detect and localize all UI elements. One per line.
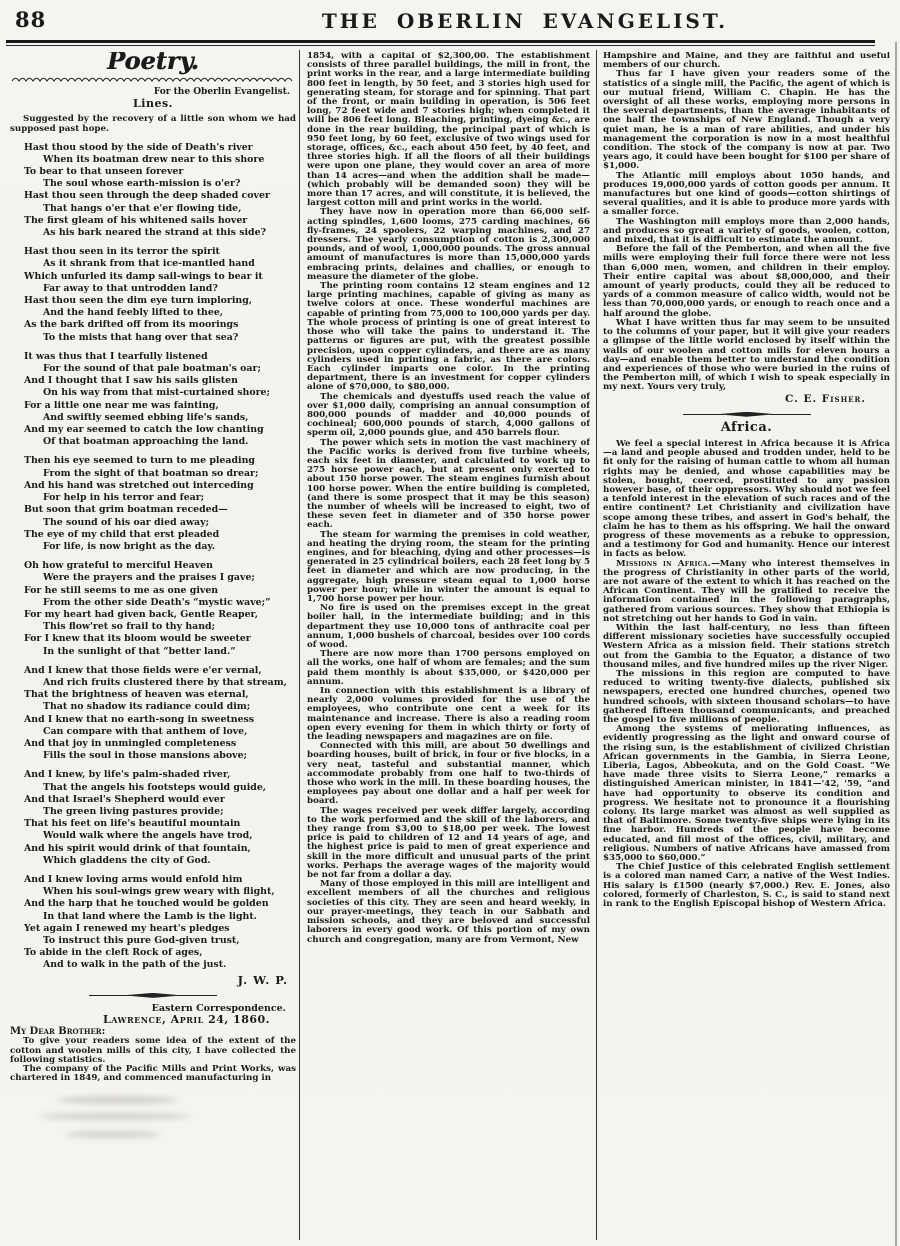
salutation: My Dear Brother: bbox=[10, 1027, 296, 1036]
paragraph: We feel a special interest in Africa bec… bbox=[603, 440, 890, 560]
poem-line: Oh how grateful to merciful Heaven bbox=[24, 560, 296, 572]
poem-line: To instruct this pure God-given trust, bbox=[43, 935, 296, 947]
poem-line: And rich fruits clustered there by that … bbox=[43, 677, 296, 689]
poem-line: In that land where the Lamb is the light… bbox=[43, 911, 296, 923]
poem-line: To bear to that unseen forever bbox=[24, 166, 296, 178]
middle-column-paragraphs: 1854, with a capital of $2,300,00. The e… bbox=[307, 52, 590, 945]
poem-line: And I thought that I saw his sails glist… bbox=[24, 375, 296, 387]
newspaper-page: 88 THE OBERLIN EVANGELIST. Poetry. For t… bbox=[0, 0, 900, 1246]
poetry-section-heading: Poetry. bbox=[10, 56, 296, 65]
masthead-rule bbox=[6, 40, 875, 46]
poem-line: For my heart had given back, Gentle Reap… bbox=[24, 609, 296, 621]
poem-line: For I knew that its bloom would be sweet… bbox=[24, 633, 296, 645]
scan-edge-line bbox=[895, 42, 897, 1246]
paragraph-text: The printing room contains 12 steam engi… bbox=[307, 281, 590, 392]
poem-line: Would walk where the angels have trod, bbox=[43, 830, 296, 842]
africa-heading: Africa. bbox=[603, 423, 890, 432]
poem-line: And I knew that those fields were e'er v… bbox=[24, 665, 296, 677]
wavy-rule bbox=[11, 74, 295, 84]
poem-line: That his feet on life's beautiful mounta… bbox=[24, 818, 296, 830]
paragraph: Hampshire and Maine, and they are faithf… bbox=[603, 52, 890, 70]
paragraph: They have now in operation more than 66,… bbox=[307, 208, 590, 282]
poem-line: The eye of my child that erst pleaded bbox=[24, 529, 296, 541]
paragraph-text: Many of those employed in this mill are … bbox=[307, 879, 590, 944]
section-divider bbox=[683, 412, 811, 417]
masthead-title: THE OBERLIN EVANGELIST. bbox=[0, 9, 900, 33]
poem-line: For he still seems to me as one given bbox=[24, 585, 296, 597]
poem-body: Hast thou stood by the side of Death's r… bbox=[10, 142, 296, 972]
poem-line: When its boatman drew near to this shore bbox=[43, 154, 296, 166]
paragraph: The chemicals and dyestuffs used reach t… bbox=[307, 393, 590, 439]
paragraph-text: —Many who interest themselves in the pro… bbox=[603, 559, 890, 624]
poem-line: As the bark drifted off from its mooring… bbox=[24, 319, 296, 331]
paragraph: The company of the Pacific Mills and Pri… bbox=[10, 1065, 296, 1083]
poem-line: The first gleam of his whitened sails ho… bbox=[24, 215, 296, 227]
poem-line: That the angels his footsteps would guid… bbox=[43, 782, 296, 794]
poem-line: And I knew loving arms would enfold him bbox=[24, 874, 296, 886]
poem-line: Hast thou seen in its terror the spirit bbox=[24, 246, 296, 258]
poem-line: And that Israel's Shepherd would ever bbox=[24, 794, 296, 806]
poem-line: The soul whose earth-mission is o'er? bbox=[43, 178, 296, 190]
poem-line: Were the prayers and the praises I gave; bbox=[43, 572, 296, 584]
poem-signature: J. W. P. bbox=[10, 976, 296, 985]
poem-line: Yet again I renewed my heart's pledges bbox=[24, 923, 296, 935]
poem-line: To the mists that hang over that sea? bbox=[43, 332, 296, 344]
poem-line: The green living pastures provide; bbox=[43, 806, 296, 818]
section-divider bbox=[89, 993, 217, 998]
paragraph-text: The power which sets in motion the vast … bbox=[307, 438, 590, 531]
paragraph: The Chief Justice of this celebrated Eng… bbox=[603, 863, 890, 909]
poem-line: Then his eye seemed to turn to me pleadi… bbox=[24, 455, 296, 467]
poem-title: Lines. bbox=[10, 99, 296, 108]
poem-line: Hast thou seen through the deep shaded c… bbox=[24, 190, 296, 202]
paragraph: The Atlantic mill employs about 1050 han… bbox=[603, 172, 890, 218]
paragraph-text: The chemicals and dyestuffs used reach t… bbox=[307, 392, 590, 439]
africa-paragraphs: We feel a special interest in Africa bec… bbox=[603, 440, 890, 909]
poem-line: But soon that grim boatman receded— bbox=[24, 504, 296, 516]
right-column-paragraphs: Hampshire and Maine, and they are faithf… bbox=[603, 52, 890, 393]
poem-line: From the other side Death's “mystic wave… bbox=[43, 597, 296, 609]
poem-line: Fills the soul in those mansions above; bbox=[43, 750, 296, 762]
paragraph: The Washington mill employs more than 2,… bbox=[603, 218, 890, 246]
poem-line: When his soul-wings grew weary with flig… bbox=[43, 886, 296, 898]
poem-line: That hangs o'er that e'er flowing tide, bbox=[43, 203, 296, 215]
left-column: Poetry. For the Oberlin Evangelist. Line… bbox=[10, 52, 296, 1242]
poem-line: That the brightness of heaven was eterna… bbox=[24, 689, 296, 701]
poem-line: And the harp that he touched would be go… bbox=[24, 898, 296, 910]
paragraph-text: We feel a special interest in Africa bec… bbox=[603, 439, 890, 559]
poem-attribution: For the Oberlin Evangelist. bbox=[10, 88, 296, 97]
middle-column: 1854, with a capital of $2,300,00. The e… bbox=[307, 52, 590, 1242]
paragraph-text: The Chief Justice of this celebrated Eng… bbox=[603, 862, 890, 909]
paragraph: Missions in Africa.—Many who interest th… bbox=[603, 560, 890, 624]
poem-line: For help in his terror and fear; bbox=[43, 492, 296, 504]
paragraph: To give your readers some idea of the ex… bbox=[10, 1037, 296, 1065]
paragraph: Connected with this mill, are about 50 d… bbox=[307, 742, 590, 806]
paragraph-text: Before the fall of the Pemberton, and wh… bbox=[603, 244, 890, 318]
paragraph-text: The missions in this region are computed… bbox=[603, 669, 890, 725]
correspondence-heading: Eastern Correspondence. bbox=[10, 1004, 296, 1013]
scan-smudge bbox=[58, 1096, 178, 1104]
column-divider-left bbox=[299, 50, 300, 1240]
paragraph: The power which sets in motion the vast … bbox=[307, 439, 590, 531]
poem-epigraph: Suggested by the recovery of a little so… bbox=[10, 114, 296, 135]
paragraph: The printing room contains 12 steam engi… bbox=[307, 282, 590, 392]
paragraph: The missions in this region are computed… bbox=[603, 670, 890, 725]
poem-line: Of that boatman approaching the land. bbox=[43, 436, 296, 448]
poem-line: And my ear seemed to catch the low chant… bbox=[24, 424, 296, 436]
paragraph: What I have written thus far may seem to… bbox=[603, 319, 890, 393]
poem-line: For the sound of that pale boatman's oar… bbox=[43, 363, 296, 375]
paragraph-text: The Washington mill employs more than 2,… bbox=[603, 217, 890, 245]
paragraph: In connection with this establishment is… bbox=[307, 687, 590, 742]
paragraph-text: 1854, with a capital of $2,300,00. The e… bbox=[307, 52, 590, 208]
poem-line: For a little one near me was fainting, bbox=[24, 400, 296, 412]
paragraph-text: Within the last half-century, no less th… bbox=[603, 623, 890, 670]
poem-line: Hast thou seen the dim eye turn implorin… bbox=[24, 295, 296, 307]
paragraph-text: What I have written thus far may seem to… bbox=[603, 318, 890, 392]
poem-line: Hast thou stood by the side of Death's r… bbox=[24, 142, 296, 154]
poem-line: Which unfurled its damp sail-wings to be… bbox=[24, 271, 296, 283]
dateline: Lawrence, April 24, 1860. bbox=[10, 1015, 296, 1024]
poem-line: To abide in the cleft Rock of ages, bbox=[24, 947, 296, 959]
paragraph-text: The wages received per week differ large… bbox=[307, 806, 590, 880]
paragraph: Many of those employed in this mill are … bbox=[307, 880, 590, 944]
correspondence-paragraphs: To give your readers some idea of the ex… bbox=[10, 1037, 296, 1083]
paragraph: Thus far I have given your readers some … bbox=[603, 70, 890, 171]
paragraph-text: No fire is used on the premises except i… bbox=[307, 603, 590, 650]
paragraph-text: The company of the Pacific Mills and Pri… bbox=[10, 1064, 296, 1083]
poem-line: And I knew that no earth-song in sweetne… bbox=[24, 714, 296, 726]
scan-smudge bbox=[40, 1113, 190, 1120]
right-column: Hampshire and Maine, and they are faithf… bbox=[603, 52, 890, 1242]
paragraph-text: Thus far I have given your readers some … bbox=[603, 69, 890, 171]
paragraph-text: Hampshire and Maine, and they are faithf… bbox=[603, 52, 890, 70]
paragraph-text: There are now more than 1700 persons emp… bbox=[307, 649, 590, 687]
paragraph: There are now more than 1700 persons emp… bbox=[307, 650, 590, 687]
scan-smudge bbox=[66, 1131, 161, 1138]
poem-line: And his hand was stretched out intercedi… bbox=[24, 480, 296, 492]
poem-line: That no shadow its radiance could dim; bbox=[43, 701, 296, 713]
paragraph-text: The Atlantic mill employs about 1050 han… bbox=[603, 171, 890, 218]
poem-line: On his way from that mist-curtained shor… bbox=[43, 387, 296, 399]
paragraph-text: They have now in operation more than 66,… bbox=[307, 207, 590, 281]
poem-line: And I knew, by life's palm-shaded river, bbox=[24, 769, 296, 781]
paragraph: The steam for warming the premises in co… bbox=[307, 531, 590, 605]
paragraph: Among the systems of meliorating influen… bbox=[603, 725, 890, 863]
poem-line: Far away to that untrodden land? bbox=[43, 283, 296, 295]
poem-line: For life, is now bright as the day. bbox=[43, 541, 296, 553]
poem-line: From the sight of that boatman so drear; bbox=[43, 468, 296, 480]
diamond-ornament bbox=[124, 993, 182, 998]
poem-line: In the sunlight of that “better land.” bbox=[43, 646, 296, 658]
paragraph: Before the fall of the Pemberton, and wh… bbox=[603, 245, 890, 319]
paragraph-text: Connected with this mill, are about 50 d… bbox=[307, 741, 590, 806]
poem-line: And swiftly seemed ebbing life's sands, bbox=[43, 412, 296, 424]
paragraph: Within the last half-century, no less th… bbox=[603, 624, 890, 670]
poem-line: The sound of his oar died away; bbox=[43, 517, 296, 529]
poem-line: As his bark neared the strand at this si… bbox=[43, 227, 296, 239]
poem-line: And the hand feebly lifted to thee, bbox=[43, 307, 296, 319]
poem-line: Can compare with that anthem of love, bbox=[43, 726, 296, 738]
paragraph-text: The steam for warming the premises in co… bbox=[307, 530, 590, 604]
poem-line: As it shrank from that ice-mantled hand bbox=[43, 258, 296, 270]
paragraph: No fire is used on the premises except i… bbox=[307, 604, 590, 650]
diamond-ornament bbox=[718, 412, 776, 417]
paragraph-text: In connection with this establishment is… bbox=[307, 686, 590, 742]
poem-line: And to walk in the path of the just. bbox=[43, 959, 296, 971]
paragraph-text: Among the systems of meliorating influen… bbox=[603, 724, 890, 863]
column-divider-right bbox=[596, 50, 597, 1240]
paragraph: The wages received per week differ large… bbox=[307, 807, 590, 881]
poem-line: And his spirit would drink of that fount… bbox=[24, 843, 296, 855]
poem-line: Which gladdens the city of God. bbox=[43, 855, 296, 867]
poem-line: This flow'ret so frail to thy hand; bbox=[43, 621, 296, 633]
paragraph-text: To give your readers some idea of the ex… bbox=[10, 1036, 296, 1064]
poem-line: And that joy in unmingled completeness bbox=[24, 738, 296, 750]
poem-line: It was thus that I tearfully listened bbox=[24, 351, 296, 363]
paragraph: 1854, with a capital of $2,300,00. The e… bbox=[307, 52, 590, 208]
letter-signature: C. E. Fisher. bbox=[603, 395, 890, 404]
